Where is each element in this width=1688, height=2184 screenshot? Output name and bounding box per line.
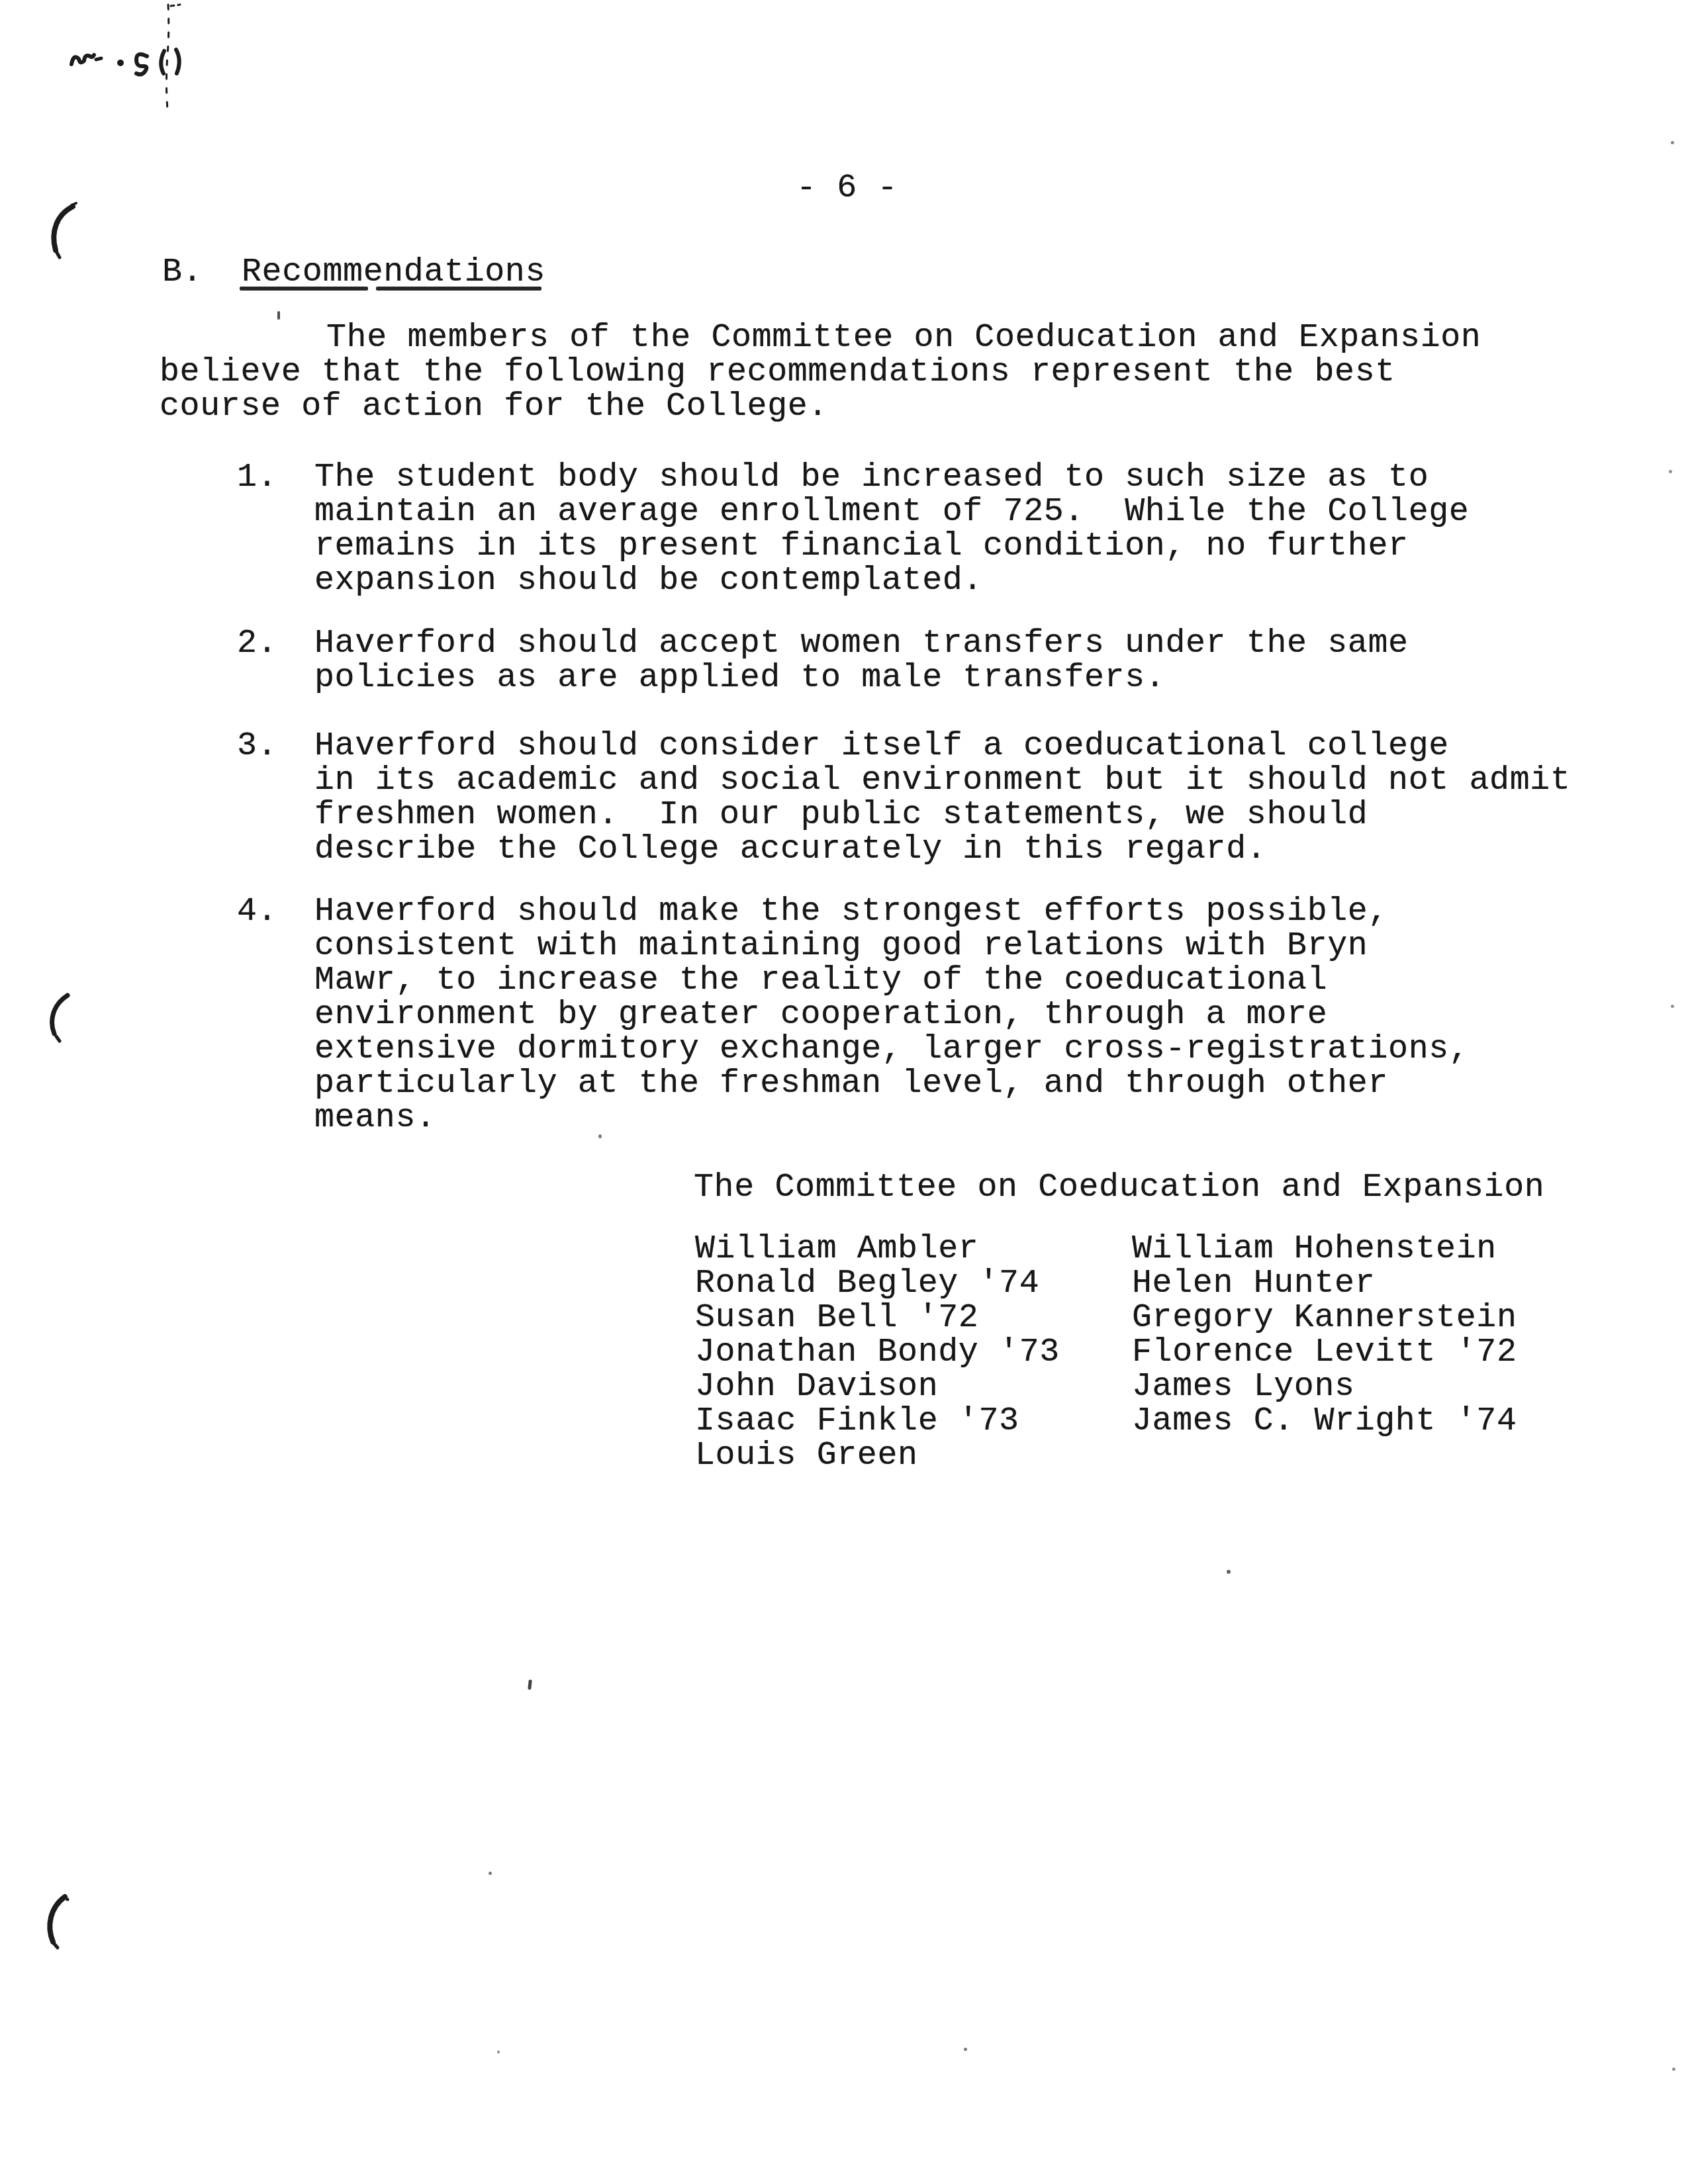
intro-line: The members of the Committee on Coeducat…: [326, 321, 1481, 355]
recommendation-line: consistent with maintaining good relatio…: [314, 929, 1368, 964]
recommendation-line: Mawr, to increase the reality of the coe…: [314, 964, 1327, 998]
committee-member: Jonathan Bondy '73: [695, 1336, 1060, 1370]
recommendation-line: environment by greater cooperation, thro…: [314, 998, 1327, 1032]
intro-line: believe that the following recommendatio…: [160, 355, 1395, 390]
committee-members-right-column: William Hohenstein Helen Hunter Gregory …: [1132, 1232, 1517, 1439]
committee-member: James C. Wright '74: [1132, 1404, 1517, 1439]
scan-speck: [497, 2050, 500, 2054]
scan-speck: [1227, 1570, 1231, 1574]
page-number: - 6 -: [796, 171, 898, 206]
scan-speck: [489, 1872, 492, 1875]
recommendation-line: means.: [314, 1101, 436, 1136]
committee-member: William Ambler: [695, 1232, 1060, 1267]
recommendation-line: policies as are applied to male transfer…: [314, 661, 1165, 696]
paren-mark-top: [42, 200, 78, 262]
scan-speck: [277, 311, 280, 320]
section-title-underline: [376, 287, 541, 291]
pencil-scribble-mark: [65, 3, 197, 113]
recommendation-line: freshmen women. In our public statements…: [314, 798, 1368, 833]
recommendation-line: Haverford should make the strongest effo…: [314, 895, 1388, 929]
intro-line: course of action for the College.: [160, 390, 828, 424]
committee-member: Susan Bell '72: [695, 1301, 1060, 1336]
recommendation-number: 2.: [237, 627, 277, 661]
scan-speck: [1671, 1005, 1674, 1008]
scan-speck: [1671, 141, 1674, 144]
recommendation-number: 3.: [237, 729, 277, 764]
section-title: Recommendations: [242, 255, 545, 290]
recommendation-line: extensive dormitory exchange, larger cro…: [314, 1032, 1469, 1067]
recommendation-number: 4.: [237, 895, 277, 929]
section-title-underline: [240, 287, 368, 291]
recommendation-line: describe the College accurately in this …: [314, 833, 1266, 867]
scan-speck: [964, 2048, 967, 2051]
committee-member: Gregory Kannerstein: [1132, 1301, 1517, 1336]
recommendation-line: The student body should be increased to …: [314, 461, 1429, 495]
committee-member: John Davison: [695, 1370, 1060, 1404]
recommendation-line: remains in its present financial conditi…: [314, 529, 1409, 564]
committee-member: Ronald Begley '74: [695, 1267, 1060, 1301]
committee-member: Helen Hunter: [1132, 1267, 1517, 1301]
recommendation-line: maintain an average enrollment of 725. W…: [314, 495, 1469, 529]
scan-speck: [598, 1134, 602, 1138]
scan-speck: [528, 1680, 532, 1690]
scan-speck: [1672, 2068, 1675, 2071]
recommendation-line: expansion should be contemplated.: [314, 564, 983, 598]
section-label: B.: [162, 255, 203, 290]
paren-mark-middle: [45, 991, 74, 1044]
recommendation-line: particularly at the freshman level, and …: [314, 1067, 1388, 1101]
committee-member: Louis Green: [695, 1439, 1060, 1473]
recommendation-line: Haverford should consider itself a coedu…: [314, 729, 1449, 764]
committee-member: Isaac Finkle '73: [695, 1404, 1060, 1439]
paren-mark-bottom: [41, 1891, 73, 1951]
scanned-document-page: - 6 - B. Recommendations The members of …: [0, 0, 1688, 2184]
recommendation-number: 1.: [237, 461, 277, 495]
recommendation-line: Haverford should accept women transfers …: [314, 627, 1409, 661]
committee-member: William Hohenstein: [1132, 1232, 1517, 1267]
scan-speck: [1669, 470, 1672, 473]
committee-member: Florence Levitt '72: [1132, 1336, 1517, 1370]
committee-members-left-column: William Ambler Ronald Begley '74 Susan B…: [695, 1232, 1060, 1473]
committee-name-line: The Committee on Coeducation and Expansi…: [694, 1171, 1544, 1205]
committee-member: James Lyons: [1132, 1370, 1517, 1404]
recommendation-line: in its academic and social environment b…: [314, 764, 1571, 798]
